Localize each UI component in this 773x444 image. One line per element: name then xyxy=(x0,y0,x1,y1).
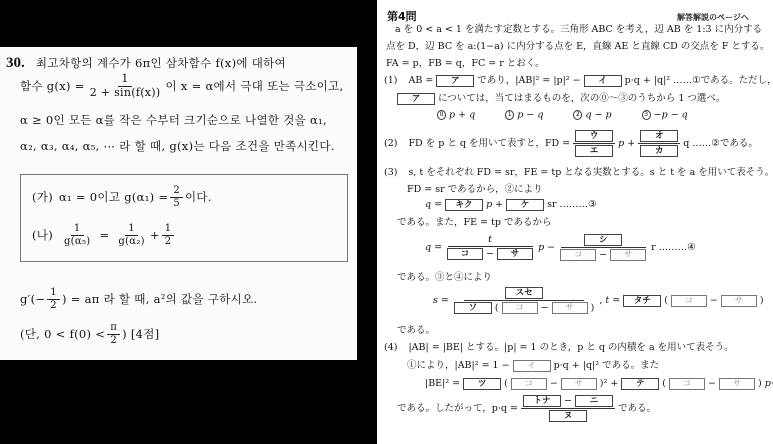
fraction-numerator: 1 xyxy=(71,223,84,236)
fraction-o-ka: オ カ xyxy=(638,130,680,157)
part-4-line-2-prefix: ①により，|AB|² = 1 − xyxy=(407,361,510,371)
condition-b-fraction-2: 1 g(α₂) xyxy=(115,223,147,247)
part-4-line-3: |BE|² = ツ ( コ − サ )² + テ ( コ − サ ) p·q +… xyxy=(425,378,773,390)
fraction-numerator: π xyxy=(107,322,120,335)
answer-box-kiku[interactable]: キク xyxy=(445,199,483,211)
circled-0-icon: 0 xyxy=(437,110,446,120)
answer-box-tona[interactable]: トナ xyxy=(523,395,561,407)
intro-line-2: 点を D，辺 BC を a:(1−a) に内分する点を E，直線 AE と直線 … xyxy=(386,42,769,52)
part-4-line-4-suffix: である。 xyxy=(618,404,656,414)
part-3-line-8: である。 xyxy=(397,326,435,336)
condition-a-fraction: 2 5 xyxy=(170,185,183,209)
answer-box-u[interactable]: ウ xyxy=(575,130,613,142)
note-line: (단, 0 < f(0) < π 2 ) [4점] xyxy=(20,322,159,346)
answer-box-sa[interactable]: サ xyxy=(497,248,533,260)
part-4-line-4-prefix: である。したがって，p·q = xyxy=(397,404,518,414)
problem-line-2-suffix: 이 x = α에서 극대 또는 극소이고, xyxy=(165,78,343,94)
fraction-numerator: 2 xyxy=(170,185,183,198)
function-g-label: 함수 g(x) = xyxy=(20,78,85,94)
part-2-line: (2) FD を p と q を用いて表すと，FD = ウ エ p + オ カ … xyxy=(384,130,758,157)
answer-box-i-ref: イ xyxy=(513,360,551,372)
answer-box-shi[interactable]: シ xyxy=(584,234,622,246)
note-fraction: π 2 xyxy=(107,322,120,346)
answer-box-tsu[interactable]: ツ xyxy=(463,378,501,390)
choice-1[interactable]: 1 p − q xyxy=(505,110,543,120)
korean-problem-panel: 30. 최고차항의 계수가 6π인 삼차함수 f(x)에 대하여 함수 g(x)… xyxy=(0,47,357,360)
part-3-equation-3: q = キク p + ケ sr ………③ xyxy=(425,199,597,211)
answer-box-ko-ref: コ xyxy=(669,378,705,390)
condition-a-label: (가) xyxy=(32,189,53,205)
fraction-t-over-ko-sa: t コ − サ xyxy=(445,235,535,260)
answer-box-te[interactable]: テ xyxy=(621,378,659,390)
choice-expression: p − q xyxy=(517,110,543,121)
part-1-text-c: p·q + |q|² ……①である。ただし， xyxy=(625,76,773,86)
problem-number: 30. xyxy=(6,55,25,71)
fraction-numerator: 1 xyxy=(162,223,175,236)
answer-box-sa-ref: サ xyxy=(561,378,597,390)
part-4-line-3-tail: p·q + |q|² xyxy=(765,379,773,389)
answer-box-sa-ref: サ xyxy=(610,249,646,261)
part-4-line-4: である。したがって，p·q = トナ − ニ ヌ である。 xyxy=(397,395,656,422)
answer-box-ko[interactable]: コ xyxy=(447,248,483,260)
fraction-denominator: g(α₂) xyxy=(115,236,147,248)
part-3-line-6: である。③と④により xyxy=(397,273,492,283)
condition-a: (가) α₁ = 0이고 g(α₁) = 2 5 이다. xyxy=(32,185,212,209)
part-2-suffix: q ……②である。 xyxy=(683,139,758,149)
fraction-s: スセ ソ ( コ − サ ) xyxy=(452,287,596,314)
part-1-line-1: (1) AB = ア であり，|AB|² = |p|² − イ p·q + |q… xyxy=(384,75,773,87)
fraction-denominator: 2 xyxy=(107,335,120,347)
fraction-tona-ni-over-nu: トナ − ニ ヌ xyxy=(521,395,615,422)
japanese-problem-panel: 第4問 解答解説のページへ a を 0 < a < 1 を満たす定数とする。三角… xyxy=(377,0,773,444)
answer-box-so[interactable]: ソ xyxy=(454,302,492,314)
condition-b-fraction-3: 1 2 xyxy=(162,223,175,247)
condition-b-label: (나) xyxy=(32,227,53,243)
answer-box-a[interactable]: ア xyxy=(436,75,474,87)
part-3-line-2: FD = sr であるから，②により xyxy=(407,185,543,195)
fraction-numerator: t xyxy=(448,235,533,247)
part-4-label: (4) xyxy=(384,343,397,353)
part-2-label: (2) xyxy=(384,139,397,149)
part-3-text: s, t をそれぞれ FD = sr，FE = tp となる実数とする。s と … xyxy=(408,168,773,178)
answer-box-sa-ref: サ xyxy=(552,302,588,314)
part-4-line-1: (4) |AB| = |BE| とする。|p| = 1 のとき，p と q の内… xyxy=(384,343,734,353)
part-3-s-t-equation: s = スセ ソ ( コ − サ ) , t = タチ ( コ − サ ) xyxy=(433,287,764,314)
answer-box-i[interactable]: イ xyxy=(584,75,622,87)
question-line: g′(− 1 2 ) = aπ 라 할 때, a²의 값을 구하시오. xyxy=(20,287,257,311)
fraction-denominator: 2 xyxy=(162,236,175,248)
part-1-text-a: AB = xyxy=(408,76,433,86)
choice-expression: q − p xyxy=(585,110,611,121)
intro-line-3: FA = p，FB = q，FC = r とおく。 xyxy=(386,59,545,69)
condition-b-fraction-1: 1 g(α₅) xyxy=(61,223,93,247)
fraction-numerator: 1 xyxy=(47,287,60,300)
part-3-line-4: である。また，FE = tp であるから xyxy=(397,218,551,228)
problem-title: 第4問 xyxy=(387,8,417,24)
problem-header: 30. 최고차항의 계수가 6π인 삼차함수 f(x)에 대하여 xyxy=(6,52,286,72)
note-suffix: ) [4점] xyxy=(122,326,159,342)
part-1-instruction: については，当てはまるものを，次の⓪〜③のうちから 1 つ選べ。 xyxy=(438,94,725,104)
equals-sign: = xyxy=(99,228,109,242)
equation-3-suffix: sr ………③ xyxy=(547,200,596,210)
equation-4-suffix: r ………④ xyxy=(651,243,696,253)
problem-line-2: 함수 g(x) = 1 2 + sin(f(x)) 이 x = α에서 극대 또… xyxy=(20,73,343,99)
intro-line-1: a を 0 < a < 1 を満たす定数とする。三角形 ABC を考え，辺 AB… xyxy=(395,25,762,35)
answer-box-ko-ref: コ xyxy=(671,295,707,307)
choice-2[interactable]: 2 q − p xyxy=(573,110,611,120)
condition-b: (나) 1 g(α₅) = 1 g(α₂) + 1 2 xyxy=(32,223,176,247)
answer-box-nu[interactable]: ヌ xyxy=(549,410,587,422)
question-suffix: ) = aπ 라 할 때, a²의 값을 구하시오. xyxy=(62,291,257,307)
note-prefix: (단, 0 < f(0) < xyxy=(20,326,105,342)
part-1-text-b: であり，|AB|² = |p|² − xyxy=(477,76,580,86)
fraction-numerator: 1 xyxy=(118,73,131,87)
answer-box-o[interactable]: オ xyxy=(640,130,678,142)
part-1-label: (1) xyxy=(384,76,397,86)
answer-box-tachi[interactable]: タチ xyxy=(623,295,661,307)
part-4-line-3-prefix: |BE|² = xyxy=(425,379,460,389)
answer-box-sa-ref: サ xyxy=(719,378,755,390)
circled-3-icon: 3 xyxy=(642,110,651,120)
conditions-box: (가) α₁ = 0이고 g(α₁) = 2 5 이다. (나) 1 g(α₅)… xyxy=(20,174,348,262)
part-2-text: FD を p と q を用いて表すと，FD = xyxy=(408,139,570,149)
problem-line-3: α ≥ 0인 모든 α를 작은 수부터 크기순으로 나열한 것을 α₁, xyxy=(20,112,327,128)
problem-line-1: 최고차항의 계수가 6π인 삼차함수 f(x)에 대하여 xyxy=(36,56,286,70)
choice-0[interactable]: 0 p + q xyxy=(437,110,475,120)
circled-1-icon: 1 xyxy=(505,110,514,120)
problem-line-4: α₂, α₃, α₄, α₅, ⋯ 라 할 때, g(x)는 다음 조건을 만족… xyxy=(20,138,335,154)
answer-box-suse[interactable]: スセ xyxy=(505,287,543,299)
answer-box-ke[interactable]: ケ xyxy=(506,199,544,211)
fraction-u-e: ウ エ xyxy=(573,130,615,157)
function-g-fraction: 1 2 + sin(f(x)) xyxy=(87,73,164,99)
part-4-line-2: ①により，|AB|² = 1 − イ p·q + |q|² である。また xyxy=(407,360,659,372)
part-1-line-2: ア については，当てはまるものを，次の⓪〜③のうちから 1 つ選べ。 xyxy=(397,93,725,105)
fraction-denominator: g(α₅) xyxy=(61,236,93,248)
fraction-shi-over-ko-sa: シ コ − サ xyxy=(558,234,648,261)
fraction-denominator: 2 + sin(f(x)) xyxy=(87,87,164,100)
answer-explanation-link[interactable]: 解答解説のページへ xyxy=(677,12,749,23)
choice-expression: −p − q xyxy=(654,110,688,121)
condition-a-text: α₁ = 0이고 g(α₁) = xyxy=(59,189,168,205)
answer-box-ni[interactable]: ニ xyxy=(575,395,613,407)
fraction-denominator: 2 xyxy=(47,300,60,312)
question-fraction: 1 2 xyxy=(47,287,60,311)
choice-expression: p + q xyxy=(449,110,475,121)
answer-box-ko-ref: コ xyxy=(502,302,538,314)
part-3-line-1: (3) s, t をそれぞれ FD = sr，FE = tp となる実数とする。… xyxy=(384,168,773,178)
circled-2-icon: 2 xyxy=(573,110,582,120)
part-4-line-2-suffix: p·q + |q|² である。また xyxy=(554,361,660,371)
fraction-denominator: 5 xyxy=(170,198,183,210)
part-3-label: (3) xyxy=(384,168,397,178)
condition-a-suffix: 이다. xyxy=(185,189,212,205)
choices-row: 0 p + q 1 p − q 2 q − p 3 −p − q xyxy=(437,110,688,120)
answer-box-ka[interactable]: カ xyxy=(640,145,678,157)
answer-box-ko-ref: コ xyxy=(511,378,547,390)
answer-box-a-ref[interactable]: ア xyxy=(397,93,435,105)
fraction-numerator: 1 xyxy=(125,223,138,236)
question-prefix: g′(− xyxy=(20,292,45,306)
part-3-equation-4: q = t コ − サ p − シ コ − サ r ………④ xyxy=(425,234,696,261)
answer-box-sa-ref: サ xyxy=(721,295,757,307)
answer-box-e[interactable]: エ xyxy=(575,145,613,157)
plus-sign: + xyxy=(150,228,160,242)
part-4-text: |AB| = |BE| とする。|p| = 1 のとき，p と q の内積を a… xyxy=(408,343,733,353)
answer-box-ko-ref: コ xyxy=(560,249,596,261)
choice-3[interactable]: 3 −p − q xyxy=(642,110,688,120)
